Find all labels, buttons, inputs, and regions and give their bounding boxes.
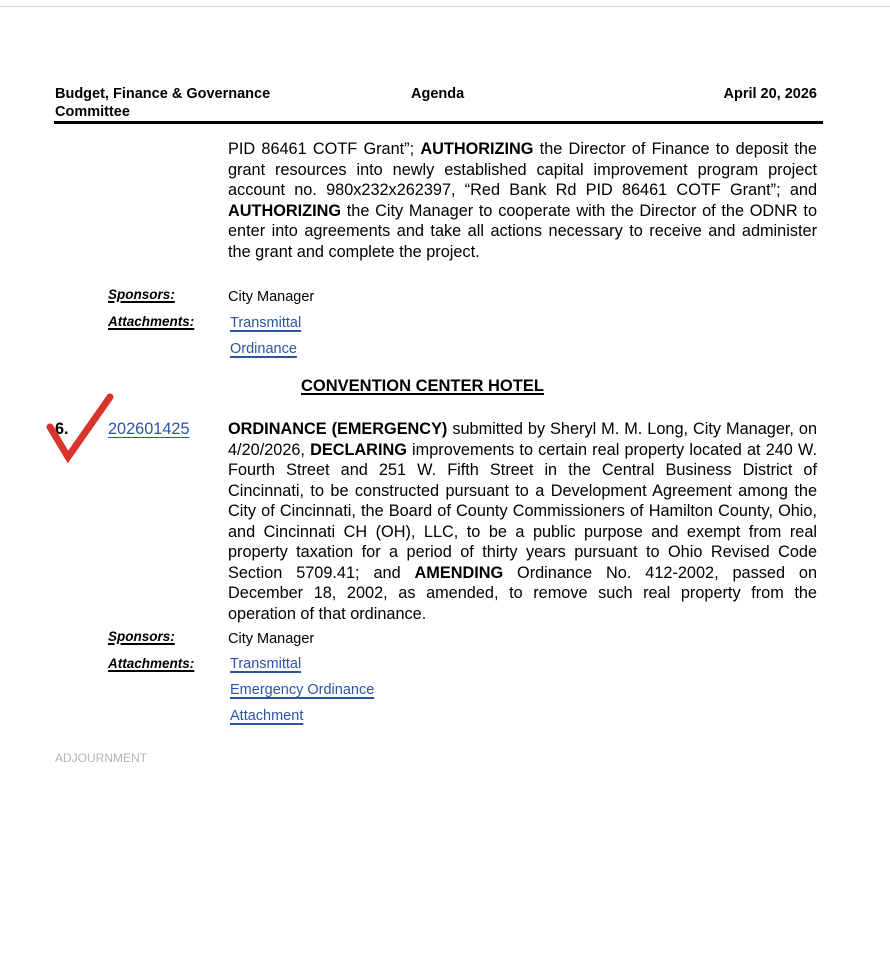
attachment-link-transmittal[interactable]: Transmittal [230, 656, 301, 672]
bold-keyword: DECLARING [310, 441, 407, 459]
header-rule [54, 121, 823, 124]
sponsors-label: Sponsors: [108, 629, 175, 644]
top-divider [0, 6, 890, 7]
document-title: Agenda [411, 85, 464, 103]
bold-keyword: AUTHORIZING [228, 202, 341, 220]
sponsors-value: City Manager [228, 631, 314, 647]
committee-name: Budget, Finance & Governance Committee [55, 85, 315, 121]
bold-keyword: AUTHORIZING [420, 140, 533, 158]
text-segment: improvements to certain real property lo… [228, 441, 817, 582]
attachment-link-attachment[interactable]: Attachment [230, 708, 303, 724]
attachment-link-transmittal[interactable]: Transmittal [230, 315, 301, 331]
red-checkmark-icon [44, 391, 118, 465]
sponsors-value: City Manager [228, 289, 314, 305]
section-title: CONVENTION CENTER HOTEL [301, 377, 544, 396]
item-description: ORDINANCE (EMERGENCY) submitted by Shery… [228, 419, 817, 624]
attachment-link-ordinance[interactable]: Ordinance [230, 341, 297, 357]
attachments-label: Attachments: [108, 314, 194, 329]
text-segment: PID 86461 COTF Grant”; [228, 140, 420, 158]
item-id-link[interactable]: 202601425 [108, 420, 190, 439]
attachments-label: Attachments: [108, 656, 194, 671]
sponsors-label: Sponsors: [108, 287, 175, 302]
attachment-link-emergency-ordinance[interactable]: Emergency Ordinance [230, 682, 374, 698]
bold-keyword: ORDINANCE (EMERGENCY) [228, 420, 447, 438]
bold-keyword: AMENDING [415, 564, 504, 582]
adjournment-heading: ADJOURNMENT [55, 751, 147, 765]
previous-item-description: PID 86461 COTF Grant”; AUTHORIZING the D… [228, 139, 817, 262]
meeting-date: April 20, 2026 [724, 85, 818, 103]
